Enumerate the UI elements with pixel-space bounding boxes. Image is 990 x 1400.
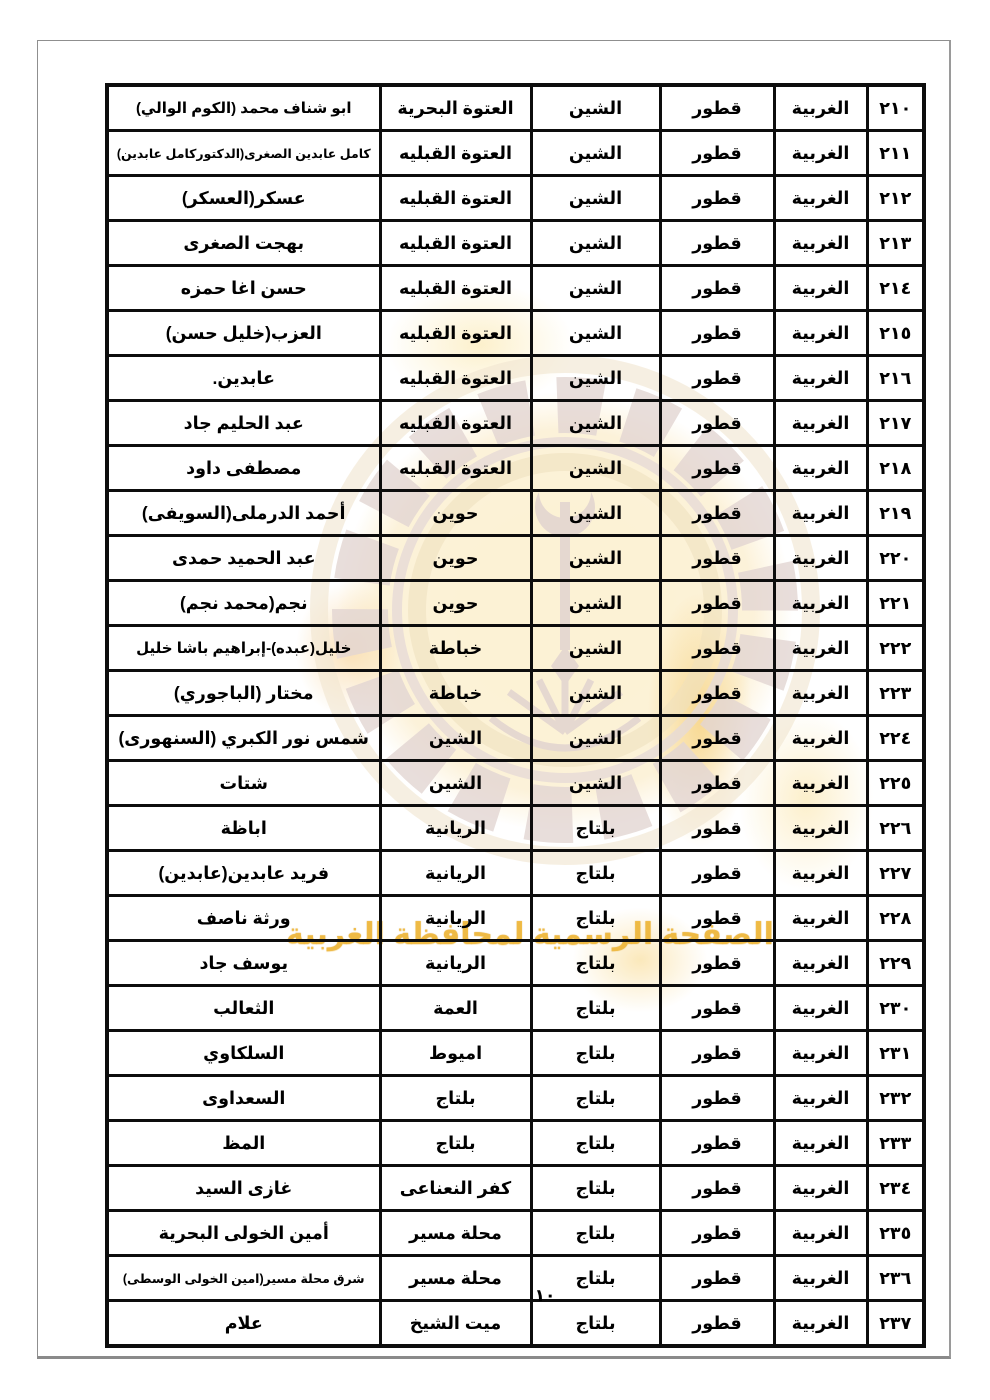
cell-unit: بلتاج: [531, 1121, 660, 1166]
cell-village: العتوة القبليه: [380, 131, 531, 176]
cell-no: ٢١٦: [867, 356, 924, 401]
cell-unit: الشين: [531, 671, 660, 716]
table-row: ٢٢٣الغربيةقطورالشينخباطةمختار (الباجوري): [107, 671, 924, 716]
cell-district: قطور: [660, 761, 774, 806]
cell-district: قطور: [660, 311, 774, 356]
cell-no: ٢١٧: [867, 401, 924, 446]
cell-no: ٢٣٣: [867, 1121, 924, 1166]
cell-name: أمين الخولى البحرية: [107, 1211, 380, 1256]
table-row: ٢٢٢الغربيةقطورالشينخباطةخليل(عبده)-إبراه…: [107, 626, 924, 671]
cell-name: المظ: [107, 1121, 380, 1166]
table-row: ٢٢٥الغربيةقطورالشينالشينشتات: [107, 761, 924, 806]
cell-governorate: الغربية: [774, 1166, 867, 1211]
cell-governorate: الغربية: [774, 491, 867, 536]
table-row: ٢٢٤الغربيةقطورالشينالشينشمس نور الكبري (…: [107, 716, 924, 761]
cell-no: ٢١١: [867, 131, 924, 176]
cell-unit: الشين: [531, 176, 660, 221]
cell-district: قطور: [660, 896, 774, 941]
table-row: ٢١٠الغربيةقطورالشينالعتوة البحريةابو شنا…: [107, 85, 924, 131]
cell-district: قطور: [660, 1121, 774, 1166]
table-row: ٢٢١الغربيةقطورالشينحويننجم(محمد نجم): [107, 581, 924, 626]
cell-governorate: الغربية: [774, 1121, 867, 1166]
cell-unit: بلتاج: [531, 896, 660, 941]
cell-unit: الشين: [531, 131, 660, 176]
cell-governorate: الغربية: [774, 851, 867, 896]
cell-no: ٢٣٦: [867, 1256, 924, 1301]
cell-district: قطور: [660, 806, 774, 851]
page-number: ١٠: [495, 1286, 595, 1306]
cell-district: قطور: [660, 491, 774, 536]
cell-name: مصطفى داود: [107, 446, 380, 491]
cell-unit: الشين: [531, 356, 660, 401]
cell-governorate: الغربية: [774, 176, 867, 221]
cell-name: اباظة: [107, 806, 380, 851]
cell-unit: بلتاج: [531, 851, 660, 896]
cell-unit: الشين: [531, 491, 660, 536]
cell-name: عبد الحليم جاد: [107, 401, 380, 446]
cell-name: السعداوى: [107, 1076, 380, 1121]
cell-unit: الشين: [531, 626, 660, 671]
cell-village: العتوة القبليه: [380, 266, 531, 311]
cell-name: ابو شناف محمد (الكوم الوالي): [107, 85, 380, 131]
cell-name: كامل عابدين الصغرى(الدكتوركامل عابدين): [107, 131, 380, 176]
cell-no: ٢٣٠: [867, 986, 924, 1031]
cell-unit: الشين: [531, 266, 660, 311]
cell-no: ٢٢٤: [867, 716, 924, 761]
cell-unit: بلتاج: [531, 1166, 660, 1211]
cell-district: قطور: [660, 401, 774, 446]
cell-village: العتوة القبليه: [380, 356, 531, 401]
cell-no: ٢١٢: [867, 176, 924, 221]
records-table-body: ٢١٠الغربيةقطورالشينالعتوة البحريةابو شنا…: [107, 85, 924, 1346]
cell-unit: بلتاج: [531, 1301, 660, 1347]
cell-name: عبد الحميد حمدى: [107, 536, 380, 581]
cell-name: شرق محلة مسير(امين الخولى الوسطى): [107, 1256, 380, 1301]
cell-unit: الشين: [531, 221, 660, 266]
cell-village: بلتاج: [380, 1121, 531, 1166]
cell-governorate: الغربية: [774, 266, 867, 311]
cell-village: ميت الشيخ: [380, 1301, 531, 1347]
cell-district: قطور: [660, 1256, 774, 1301]
cell-district: قطور: [660, 1166, 774, 1211]
cell-no: ٢٢٢: [867, 626, 924, 671]
cell-name: نجم(محمد نجم): [107, 581, 380, 626]
cell-village: العمة: [380, 986, 531, 1031]
cell-unit: بلتاج: [531, 941, 660, 986]
cell-governorate: الغربية: [774, 401, 867, 446]
cell-no: ٢٢٥: [867, 761, 924, 806]
cell-no: ٢٢٦: [867, 806, 924, 851]
cell-unit: الشين: [531, 536, 660, 581]
cell-unit: الشين: [531, 716, 660, 761]
cell-unit: الشين: [531, 446, 660, 491]
cell-no: ٢٣١: [867, 1031, 924, 1076]
cell-village: الشين: [380, 761, 531, 806]
cell-village: بلتاج: [380, 1076, 531, 1121]
table-row: ٢٣٢الغربيةقطوربلتاجبلتاجالسعداوى: [107, 1076, 924, 1121]
cell-no: ٢٣٥: [867, 1211, 924, 1256]
cell-village: العتوة القبليه: [380, 401, 531, 446]
cell-governorate: الغربية: [774, 1256, 867, 1301]
cell-unit: الشين: [531, 581, 660, 626]
cell-unit: الشين: [531, 85, 660, 131]
cell-district: قطور: [660, 1031, 774, 1076]
cell-no: ٢١٤: [867, 266, 924, 311]
cell-unit: بلتاج: [531, 1076, 660, 1121]
cell-district: قطور: [660, 176, 774, 221]
cell-no: ٢٢٠: [867, 536, 924, 581]
cell-unit: الشين: [531, 761, 660, 806]
cell-village: حوين: [380, 581, 531, 626]
cell-name: بهجت الصغرى: [107, 221, 380, 266]
cell-no: ٢٢٨: [867, 896, 924, 941]
table-row: ٢١٦الغربيةقطورالشينالعتوة القبليهعابدين.: [107, 356, 924, 401]
cell-village: خباطة: [380, 671, 531, 716]
cell-unit: الشين: [531, 401, 660, 446]
cell-name: السلكاوي: [107, 1031, 380, 1076]
cell-village: محلة مسير: [380, 1211, 531, 1256]
cell-name: عسكر(العسكر): [107, 176, 380, 221]
cell-name: عابدين.: [107, 356, 380, 401]
cell-village: حوين: [380, 536, 531, 581]
cell-name: علام: [107, 1301, 380, 1347]
cell-governorate: الغربية: [774, 716, 867, 761]
cell-district: قطور: [660, 626, 774, 671]
cell-governorate: الغربية: [774, 536, 867, 581]
cell-village: الريانية: [380, 851, 531, 896]
table-row: ٢١٩الغربيةقطورالشينحوينأحمد الدرملى(السو…: [107, 491, 924, 536]
cell-governorate: الغربية: [774, 221, 867, 266]
table-row: ٢٢٧الغربيةقطوربلتاجالريانيةفريد عابدين(ع…: [107, 851, 924, 896]
cell-governorate: الغربية: [774, 626, 867, 671]
cell-district: قطور: [660, 85, 774, 131]
cell-name: شتات: [107, 761, 380, 806]
cell-village: الشين: [380, 716, 531, 761]
cell-village: العتوة القبليه: [380, 311, 531, 356]
cell-no: ٢٢٣: [867, 671, 924, 716]
cell-governorate: الغربية: [774, 581, 867, 626]
cell-governorate: الغربية: [774, 941, 867, 986]
table-row: ٢٢٩الغربيةقطوربلتاجالريانيةيوسف جاد: [107, 941, 924, 986]
cell-no: ٢٣٤: [867, 1166, 924, 1211]
cell-name: خليل(عبده)-إبراهيم باشا خليل: [107, 626, 380, 671]
cell-governorate: الغربية: [774, 85, 867, 131]
cell-no: ٢١٨: [867, 446, 924, 491]
table-row: ٢٣٤الغربيةقطوربلتاجكفر النعناعىغازى السي…: [107, 1166, 924, 1211]
table-row: ٢٣٧الغربيةقطوربلتاجميت الشيخعلام: [107, 1301, 924, 1347]
cell-name: أحمد الدرملى(السويفى): [107, 491, 380, 536]
cell-unit: بلتاج: [531, 1211, 660, 1256]
table-row: ٢٣١الغربيةقطوربلتاجاميوطالسلكاوي: [107, 1031, 924, 1076]
cell-governorate: الغربية: [774, 311, 867, 356]
cell-district: قطور: [660, 1211, 774, 1256]
table-row: ٢٢٦الغربيةقطوربلتاجالريانيةاباظة: [107, 806, 924, 851]
table-row: ٢١٥الغربيةقطورالشينالعتوة القبليهالعزب(خ…: [107, 311, 924, 356]
cell-village: كفر النعناعى: [380, 1166, 531, 1211]
cell-name: حسن اغا حمزه: [107, 266, 380, 311]
cell-name: ورثة ناصف: [107, 896, 380, 941]
cell-district: قطور: [660, 221, 774, 266]
cell-governorate: الغربية: [774, 896, 867, 941]
cell-governorate: الغربية: [774, 986, 867, 1031]
cell-no: ٢٣٢: [867, 1076, 924, 1121]
cell-name: يوسف جاد: [107, 941, 380, 986]
cell-governorate: الغربية: [774, 1301, 867, 1347]
cell-no: ٢١٣: [867, 221, 924, 266]
records-table: ٢١٠الغربيةقطورالشينالعتوة البحريةابو شنا…: [105, 83, 926, 1348]
cell-governorate: الغربية: [774, 761, 867, 806]
cell-unit: الشين: [531, 311, 660, 356]
cell-village: اميوط: [380, 1031, 531, 1076]
cell-district: قطور: [660, 1076, 774, 1121]
table-row: ٢١٢الغربيةقطورالشينالعتوة القبليهعسكر(ال…: [107, 176, 924, 221]
cell-district: قطور: [660, 536, 774, 581]
cell-no: ٢١٠: [867, 85, 924, 131]
table-row: ٢٢٨الغربيةقطوربلتاجالريانيةورثة ناصف: [107, 896, 924, 941]
cell-district: قطور: [660, 851, 774, 896]
table-row: ٢١١الغربيةقطورالشينالعتوة القبليهكامل عا…: [107, 131, 924, 176]
cell-unit: بلتاج: [531, 986, 660, 1031]
cell-governorate: الغربية: [774, 131, 867, 176]
cell-village: حوين: [380, 491, 531, 536]
cell-unit: بلتاج: [531, 1031, 660, 1076]
cell-district: قطور: [660, 131, 774, 176]
cell-district: قطور: [660, 1301, 774, 1347]
cell-governorate: الغربية: [774, 1076, 867, 1121]
cell-no: ٢٢١: [867, 581, 924, 626]
cell-governorate: الغربية: [774, 806, 867, 851]
table-row: ٢٢٠الغربيةقطورالشينحوينعبد الحميد حمدى: [107, 536, 924, 581]
cell-name: غازى السيد: [107, 1166, 380, 1211]
cell-village: الريانية: [380, 941, 531, 986]
cell-governorate: الغربية: [774, 1031, 867, 1076]
cell-governorate: الغربية: [774, 671, 867, 716]
cell-village: العتوة القبليه: [380, 221, 531, 266]
cell-name: فريد عابدين(عابدين): [107, 851, 380, 896]
cell-name: شمس نور الكبري (السنهورى): [107, 716, 380, 761]
table-row: ٢١٤الغربيةقطورالشينالعتوة القبليهحسن اغا…: [107, 266, 924, 311]
cell-village: الريانية: [380, 806, 531, 851]
table-row: ٢٣٣الغربيةقطوربلتاجبلتاجالمظ: [107, 1121, 924, 1166]
cell-district: قطور: [660, 986, 774, 1031]
cell-district: قطور: [660, 446, 774, 491]
cell-district: قطور: [660, 716, 774, 761]
cell-no: ٢٢٩: [867, 941, 924, 986]
cell-no: ٢٢٧: [867, 851, 924, 896]
cell-name: مختار (الباجوري): [107, 671, 380, 716]
cell-district: قطور: [660, 941, 774, 986]
cell-district: قطور: [660, 356, 774, 401]
cell-governorate: الغربية: [774, 356, 867, 401]
cell-district: قطور: [660, 581, 774, 626]
cell-no: ٢١٩: [867, 491, 924, 536]
table-row: ٢١٧الغربيةقطورالشينالعتوة القبليهعبد الح…: [107, 401, 924, 446]
cell-district: قطور: [660, 671, 774, 716]
cell-no: ٢١٥: [867, 311, 924, 356]
cell-name: العزب(خليل حسن): [107, 311, 380, 356]
cell-district: قطور: [660, 266, 774, 311]
cell-governorate: الغربية: [774, 1211, 867, 1256]
cell-village: العتوة القبليه: [380, 176, 531, 221]
cell-name: الثعالب: [107, 986, 380, 1031]
cell-unit: بلتاج: [531, 806, 660, 851]
table-row: ٢١٨الغربيةقطورالشينالعتوة القبليهمصطفى د…: [107, 446, 924, 491]
cell-village: الريانية: [380, 896, 531, 941]
cell-village: خباطة: [380, 626, 531, 671]
cell-governorate: الغربية: [774, 446, 867, 491]
cell-village: العتوة البحرية: [380, 85, 531, 131]
table-row: ٢٣٠الغربيةقطوربلتاجالعمةالثعالب: [107, 986, 924, 1031]
table-row: ٢١٣الغربيةقطورالشينالعتوة القبليهبهجت ال…: [107, 221, 924, 266]
cell-village: العتوة القبليه: [380, 446, 531, 491]
cell-no: ٢٣٧: [867, 1301, 924, 1347]
table-row: ٢٣٥الغربيةقطوربلتاجمحلة مسيرأمين الخولى …: [107, 1211, 924, 1256]
